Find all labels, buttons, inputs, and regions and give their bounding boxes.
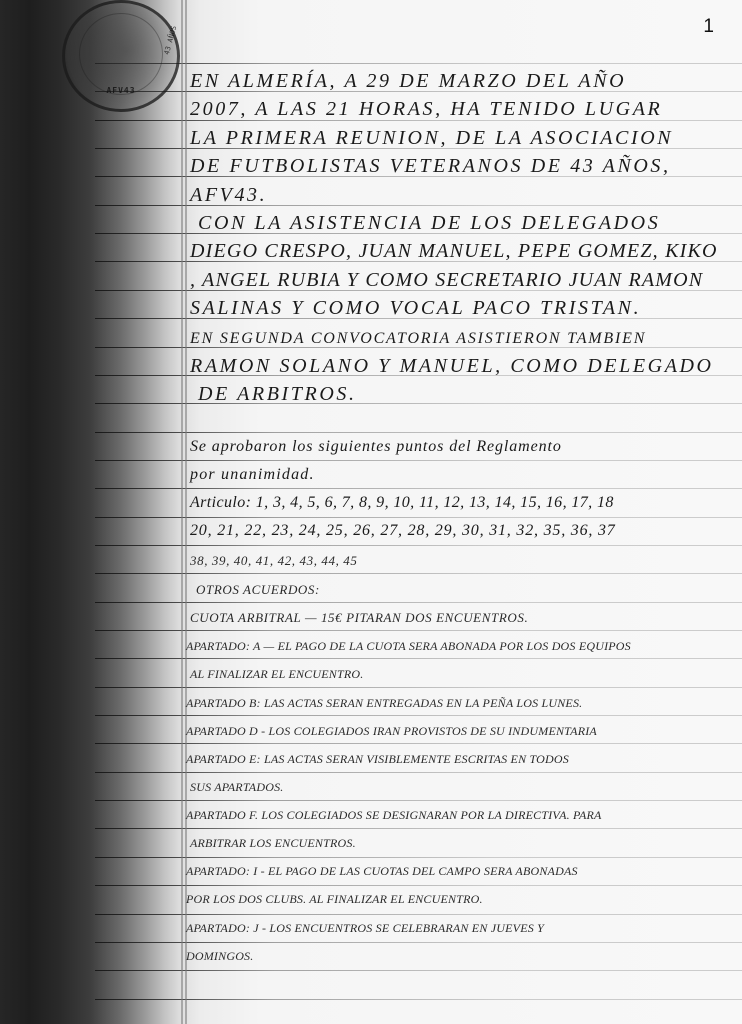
acuerdos-line: APARTADO B: LAS ACTAS SERAN ENTREGADAS E… — [186, 696, 582, 711]
acta-line: SALINAS Y COMO VOCAL PACO TRISTAN. — [190, 297, 641, 320]
ruled-line — [95, 488, 742, 489]
ruled-line — [95, 743, 742, 744]
reglamento-line: por unanimidad. — [190, 466, 315, 484]
ruled-line — [95, 432, 742, 433]
acuerdos-line: APARTADO: I - EL PAGO DE LAS CUOTAS DEL … — [186, 864, 578, 879]
ruled-line — [95, 999, 742, 1000]
acta-line: DE ARBITROS. — [198, 383, 357, 406]
page-number: 1 — [703, 16, 714, 38]
ruled-line — [95, 573, 742, 574]
acuerdos-line: APARTADO F. LOS COLEGIADOS SE DESIGNARAN… — [186, 808, 602, 823]
acta-line: 2007, A LAS 21 HORAS, HA TENIDO LUGAR — [190, 98, 662, 121]
acta-line: DE FUTBOLISTAS VETERANOS DE 43 AÑOS, — [190, 155, 671, 178]
ruled-line — [95, 942, 742, 943]
ruled-line — [95, 403, 742, 404]
stamp-ring-text: 43 AÑOS — [163, 25, 178, 56]
acuerdos-line: APARTADO: J - LOS ENCUENTROS SE CELEBRAR… — [186, 921, 544, 936]
acuerdos-line: CUOTA ARBITRAL — 15€ PITARAN DOS ENCUENT… — [190, 610, 528, 626]
stamp-emblem — [79, 13, 163, 95]
ruled-line — [95, 970, 742, 971]
acta-line: EN ALMERÍA, A 29 DE MARZO DEL AÑO — [190, 70, 626, 93]
acuerdos-line: SUS APARTADOS. — [190, 780, 283, 795]
ruled-line — [95, 857, 742, 858]
ruled-line — [95, 772, 742, 773]
ruled-line — [95, 63, 742, 64]
acuerdos-line: APARTADO D - LOS COLEGIADOS IRAN PROVIST… — [186, 724, 597, 739]
ruled-line — [95, 658, 742, 659]
ruled-line — [95, 687, 742, 688]
ruled-line — [95, 885, 742, 886]
ruled-line — [95, 460, 742, 461]
acuerdos-line: APARTADO E: LAS ACTAS SERAN VISIBLEMENTE… — [186, 752, 569, 767]
stamp-center-text: AFV43 — [65, 86, 177, 95]
ruled-line — [95, 517, 742, 518]
acuerdos-line: POR LOS DOS CLUBS. AL FINALIZAR EL ENCUE… — [186, 892, 483, 907]
acta-line: , ANGEL RUBIA Y COMO SECRETARIO JUAN RAM… — [190, 269, 703, 292]
ruled-line — [95, 630, 742, 631]
ruled-line — [95, 602, 742, 603]
acta-line: RAMON SOLANO Y MANUEL, COMO DELEGADO — [190, 355, 714, 378]
acuerdos-line: APARTADO: A — EL PAGO DE LA CUOTA SERA A… — [186, 639, 631, 654]
acuerdos-line: AL FINALIZAR EL ENCUENTRO. — [190, 667, 363, 682]
margin-line-outer — [181, 0, 183, 1024]
scanned-notebook-page: 43 AÑOS AFV43 1 EN ALMERÍA, A 29 DE MARZ… — [0, 0, 742, 1024]
reglamento-article-list: 20, 21, 22, 23, 24, 25, 26, 27, 28, 29, … — [190, 522, 616, 540]
reglamento-article-list: 38, 39, 40, 41, 42, 43, 44, 45 — [190, 553, 358, 569]
acuerdos-line: DOMINGOS. — [186, 949, 253, 964]
association-stamp: 43 AÑOS AFV43 — [62, 0, 180, 112]
acuerdos-line: ARBITRAR LOS ENCUENTROS. — [190, 836, 356, 851]
acta-line: DIEGO CRESPO, JUAN MANUEL, PEPE GOMEZ, K… — [190, 240, 718, 263]
reglamento-line: Se aprobaron los siguientes puntos del R… — [190, 438, 562, 456]
reglamento-article-list: Articulo: 1, 3, 4, 5, 6, 7, 8, 9, 10, 11… — [190, 494, 614, 512]
acta-line: CON LA ASISTENCIA DE LOS DELEGADOS — [198, 212, 660, 235]
ruled-line — [95, 800, 742, 801]
acta-line: AFV43. — [190, 184, 267, 207]
ruled-line — [95, 715, 742, 716]
acta-line: EN SEGUNDA CONVOCATORIA ASISTIERON TAMBI… — [190, 330, 646, 348]
acta-line: LA PRIMERA REUNION, DE LA ASOCIACION — [190, 127, 673, 150]
acuerdos-heading: OTROS ACUERDOS: — [196, 582, 320, 598]
ruled-line — [95, 828, 742, 829]
ruled-line — [95, 545, 742, 546]
ruled-line — [95, 914, 742, 915]
